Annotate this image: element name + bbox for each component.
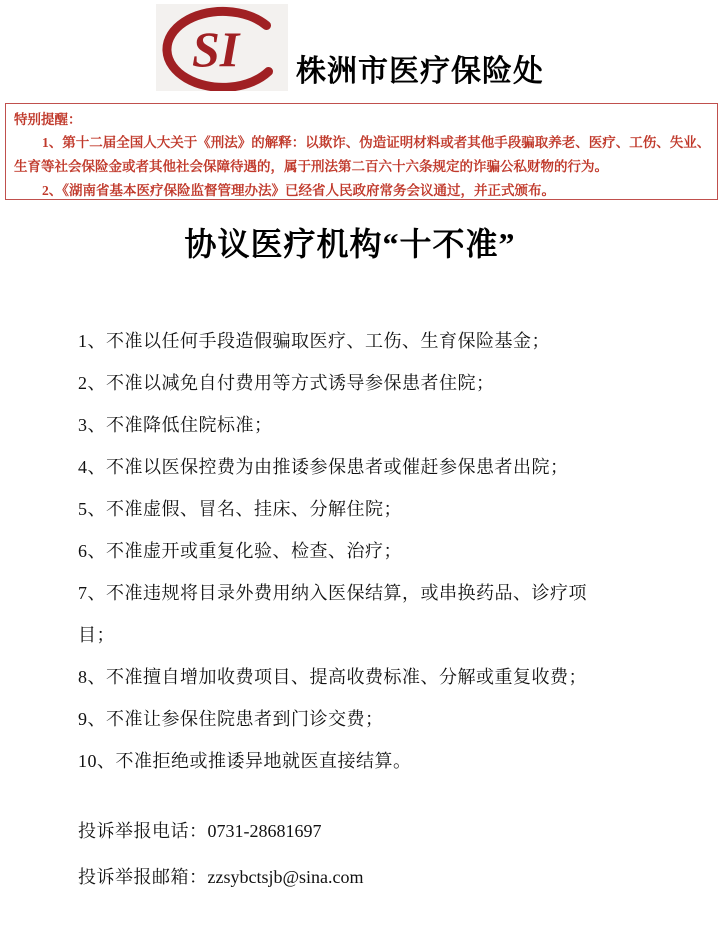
rule-line: 6、不准虚开或重复化验、检查、治疗； [78, 530, 587, 572]
notice-line: 生育等社会保险金或者其他社会保障待遇的，属于刑法第二百六十六条规定的诈骗公私财物… [14, 155, 709, 179]
email-label: 投诉举报邮箱： [78, 867, 208, 887]
rule-line: 1、不准以任何手段造假骗取医疗、工伤、生育保险基金； [78, 320, 587, 362]
rule-line: 2、不准以减免自付费用等方式诱导参保患者住院； [78, 362, 587, 404]
email-address: zzsybctsjb@sina.com [208, 867, 364, 887]
document-title: 协议医疗机构“十不准” [0, 219, 700, 265]
rule-line: 5、不准虚假、冒名、挂床、分解住院； [78, 488, 587, 530]
si-logo-icon: SI [156, 4, 288, 91]
rule-line-wrap: 目； [78, 614, 587, 656]
contact-info: 投诉举报电话：0731-28681697 投诉举报邮箱：zzsybctsjb@s… [78, 808, 364, 900]
contact-phone-line: 投诉举报电话：0731-28681697 [78, 808, 364, 854]
phone-label: 投诉举报电话： [78, 821, 208, 841]
notice-line: 2、《湖南省基本医疗保险监督管理办法》已经省人民政府常务会议通过，并正式颁布。 [14, 179, 709, 203]
social-insurance-logo: SI [156, 4, 288, 91]
rules-list: 1、不准以任何手段造假骗取医疗、工伤、生育保险基金； 2、不准以减免自付费用等方… [78, 320, 587, 782]
si-logo-letters: SI [192, 21, 241, 77]
notice-heading: 特别提醒： [14, 109, 709, 131]
special-notice-box: 特别提醒： 1、第十二届全国人大关于《刑法》的解释：以欺诈、伪造证明材料或者其他… [5, 103, 718, 200]
rule-line: 4、不准以医保控费为由推诿参保患者或催赶参保患者出院； [78, 446, 587, 488]
rule-line: 9、不准让参保住院患者到门诊交费； [78, 698, 587, 740]
rule-line: 8、不准擅自增加收费项目、提高收费标准、分解或重复收费； [78, 656, 587, 698]
notice-line: 1、第十二届全国人大关于《刑法》的解释：以欺诈、伪造证明材料或者其他手段骗取养老… [14, 131, 709, 155]
contact-email-line: 投诉举报邮箱：zzsybctsjb@sina.com [78, 854, 364, 900]
document-page: SI 株洲市医疗保险处 特别提醒： 1、第十二届全国人大关于《刑法》的解释：以欺… [0, 0, 726, 940]
rule-line: 10、不准拒绝或推诿异地就医直接结算。 [78, 740, 587, 782]
rule-line: 7、不准违规将目录外费用纳入医保结算，或串换药品、诊疗项 [78, 572, 587, 614]
org-name: 株洲市医疗保险处 [296, 46, 544, 90]
phone-number: 0731-28681697 [208, 821, 322, 841]
rule-line: 3、不准降低住院标准； [78, 404, 587, 446]
